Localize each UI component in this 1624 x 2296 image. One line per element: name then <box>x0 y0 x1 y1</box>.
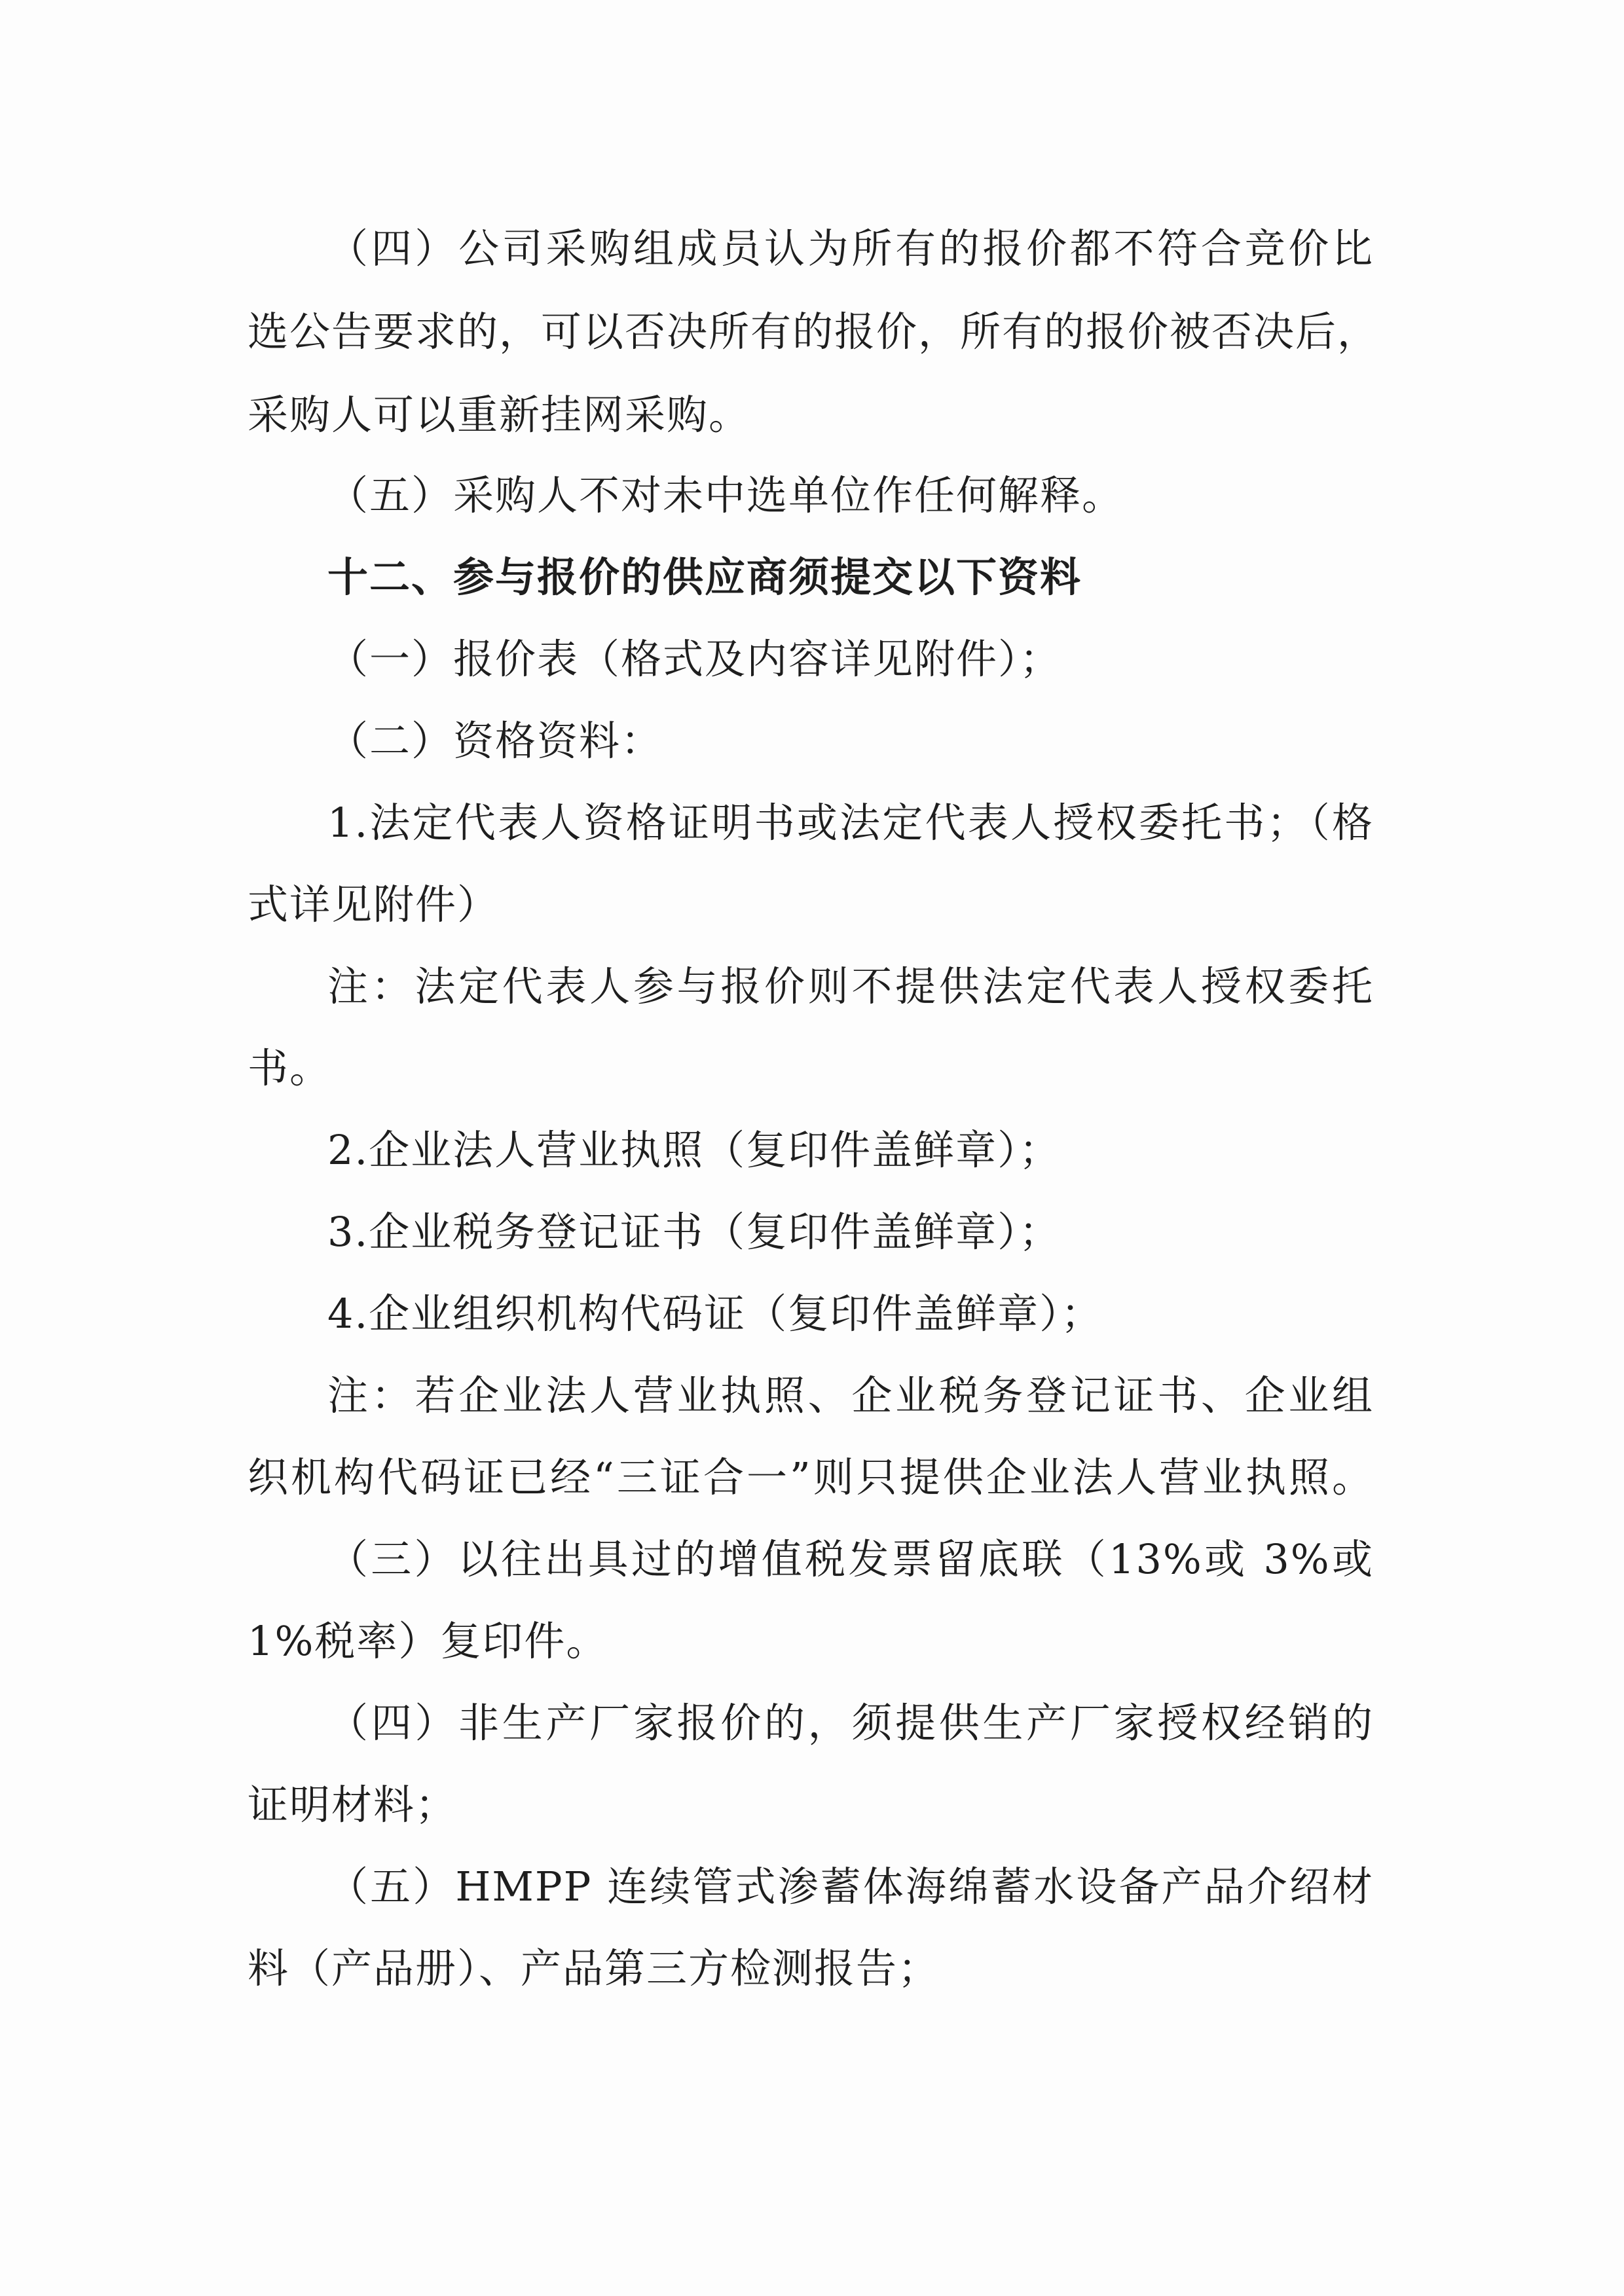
paragraph-line: 书。 <box>248 1046 1374 1091</box>
paragraph-line: 织机构代码证已经“三证合一”则只提供企业法人营业执照。 <box>248 1455 1374 1501</box>
paragraph-line: 选公告要求的，可以否决所有的报价，所有的报价被否决后， <box>248 309 1374 355</box>
paragraph-line: 料（产品册）、产品第三方检测报告； <box>248 1946 1374 1992</box>
paragraph-line: 注：法定代表人参与报价则不提供法定代表人授权委托 <box>327 964 1374 1010</box>
paragraph-line: 4.企业组织机构代码证（复印件盖鲜章）； <box>327 1291 1374 1337</box>
paragraph-line: （四）非生产厂家报价的，须提供生产厂家授权经销的 <box>327 1700 1374 1746</box>
paragraph-line: （二）资格资料： <box>327 718 1374 764</box>
paragraph-line: 注：若企业法人营业执照、企业税务登记证书、企业组 <box>327 1373 1374 1419</box>
paragraph-line: （一）报价表（格式及内容详见附件）； <box>327 636 1374 682</box>
section-heading: 十二、参与报价的供应商须提交以下资料 <box>327 555 1374 600</box>
paragraph-line: 1%税率）复印件。 <box>248 1618 1374 1664</box>
paragraph-line: 采购人可以重新挂网采购。 <box>248 392 1374 438</box>
paragraph-line: （四）公司采购组成员认为所有的报价都不符合竞价比 <box>327 226 1374 272</box>
paragraph-line: 3.企业税务登记证书（复印件盖鲜章）； <box>327 1209 1374 1255</box>
paragraph-line: （五）HMPP 连续管式渗蓄体海绵蓄水设备产品介绍材 <box>327 1864 1374 1910</box>
paragraph-line: 式详见附件） <box>248 882 1374 928</box>
paragraph-line: 1.法定代表人资格证明书或法定代表人授权委托书；（格 <box>327 800 1374 846</box>
document-page: （四）公司采购组成员认为所有的报价都不符合竞价比选公告要求的，可以否决所有的报价… <box>0 0 1624 2296</box>
paragraph-line: 证明材料； <box>248 1782 1374 1828</box>
paragraph-line: （三）以往出具过的增值税发票留底联（13%或 3%或 <box>327 1537 1374 1582</box>
paragraph-line: 2.企业法人营业执照（复印件盖鲜章）； <box>327 1127 1374 1173</box>
paragraph-line: （五）采购人不对未中选单位作任何解释。 <box>327 473 1374 519</box>
